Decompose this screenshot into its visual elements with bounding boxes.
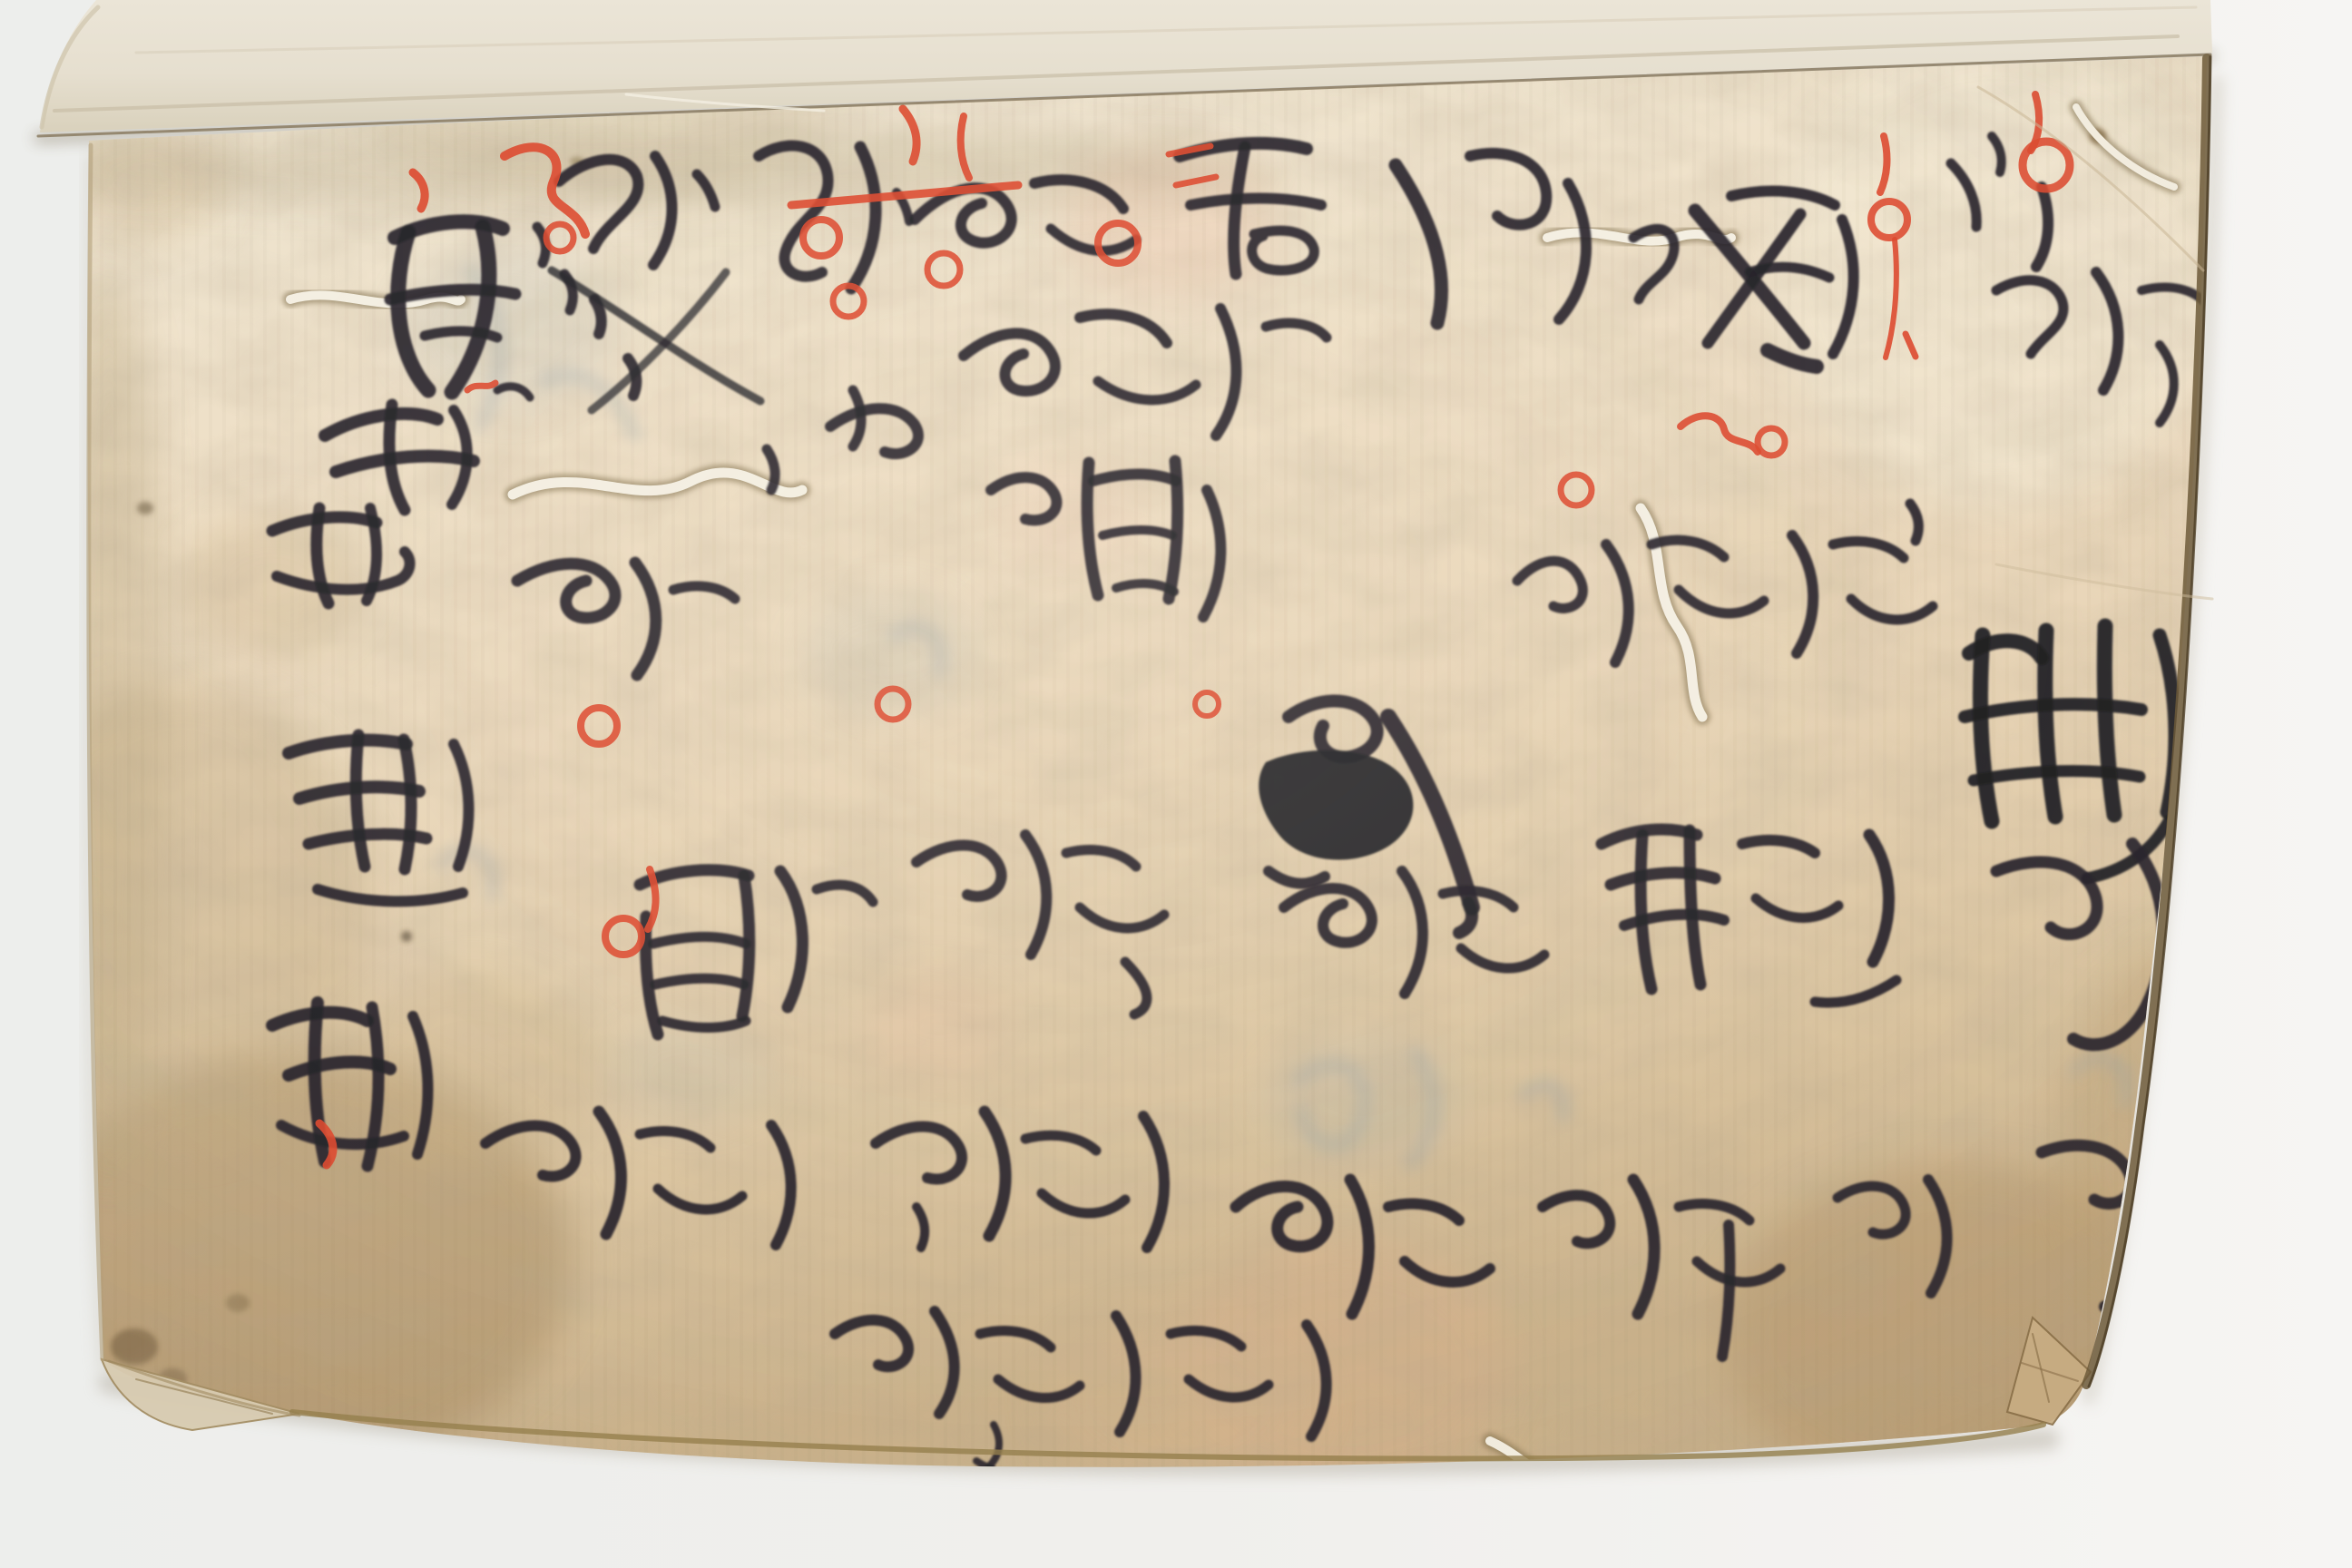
manuscript-photo-canvas <box>0 0 2352 1568</box>
page-vignette <box>0 0 2352 1568</box>
manuscript-photo <box>0 0 2352 1568</box>
